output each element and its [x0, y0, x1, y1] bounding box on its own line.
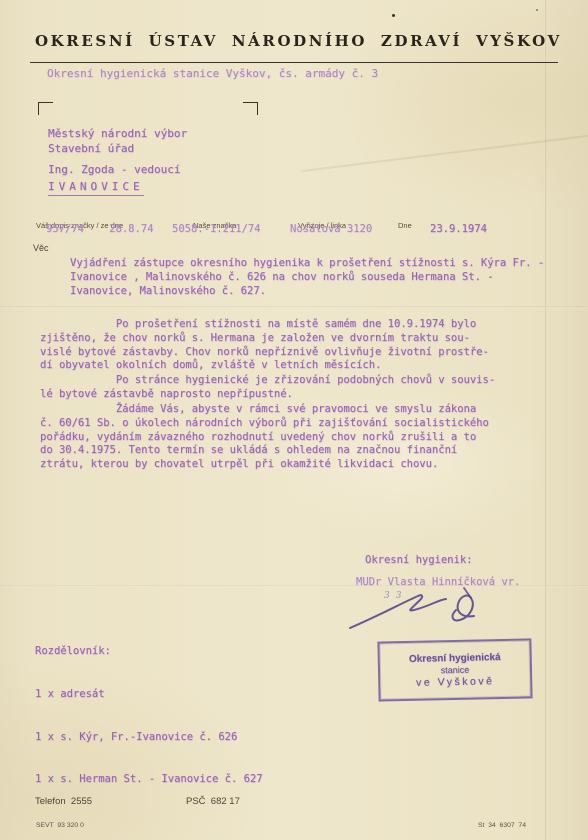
distribution-item: 1 x s. Herman St. - Ivanovice č. 627	[35, 772, 263, 786]
our-ref-value: 5058.-1.211/74	[172, 223, 261, 235]
paper-speck	[536, 9, 538, 11]
subject-text: Vyjádření zástupce okresního hygienika k…	[70, 257, 544, 298]
footer-form-code: SEVT 93 320 0	[36, 822, 84, 829]
subject-label: Věc	[33, 243, 49, 253]
your-ref-value: 957/74 28.8.74	[46, 223, 153, 235]
body-paragraph-1: Po prošetření stížnosti na místě samém d…	[40, 318, 489, 373]
handler-value: Nosálová 3120	[290, 223, 372, 235]
recipient-address-block: Městský národní výbor Stavební úřad Ing.…	[48, 126, 187, 196]
date-value: 23.9.1974	[430, 223, 487, 235]
recipient-line: Stavební úřad	[48, 141, 187, 156]
address-window-corner-left	[38, 102, 53, 115]
date-label: Dne	[398, 221, 412, 230]
letterhead-rule	[30, 62, 558, 63]
office-rubber-stamp: Okresní hygienická stanice ve Vyškově	[377, 638, 532, 701]
paper-speck	[392, 14, 395, 17]
stamp-line: Okresní hygienická	[409, 652, 501, 665]
distribution-heading: Rozdělovník:	[35, 644, 263, 658]
letterhead-stamped-subtitle: Okresní hygienická stanice Vyškov, čs. a…	[47, 67, 378, 80]
body-paragraph-2: Po stránce hygienické je zřizování podob…	[40, 374, 495, 402]
paper-fold-line-top	[0, 306, 588, 308]
signer-title: Okresní hygienik:	[365, 554, 472, 566]
letterhead-title: OKRESNÍ ÚSTAV NÁRODNÍHO ZDRAVÍ VYŠKOV	[35, 32, 562, 50]
address-window-corner-right	[243, 102, 258, 115]
footer-postal-code: PSČ 682 17	[186, 796, 240, 807]
recipient-line: Ing. Zgoda - vedoucí	[48, 162, 187, 177]
footer-print-code: St 34 6307 74	[478, 822, 526, 829]
stamp-line: ve Vyškově	[416, 675, 495, 689]
scanned-letter-page: OKRESNÍ ÚSTAV NÁRODNÍHO ZDRAVÍ VYŠKOV Ok…	[0, 0, 588, 840]
recipient-city: IVANOVICE	[48, 179, 144, 196]
distribution-item: 1 x adresát	[35, 687, 263, 701]
paper-crease-vertical	[544, 0, 546, 840]
stamp-line: stanice	[441, 664, 470, 675]
distribution-list: Rozdělovník: 1 x adresát 1 x s. Kýr, Fr.…	[35, 616, 263, 815]
footer-phone: Telefon 2555	[35, 796, 92, 807]
distribution-item: 1 x s. Kýr, Fr.-Ivanovice č. 626	[35, 730, 263, 744]
handwritten-signature	[338, 586, 528, 632]
recipient-line: Městský národní výbor	[48, 126, 187, 141]
body-paragraph-3: Žádáme Vás, abyste v rámci své pravomoci…	[40, 403, 489, 472]
